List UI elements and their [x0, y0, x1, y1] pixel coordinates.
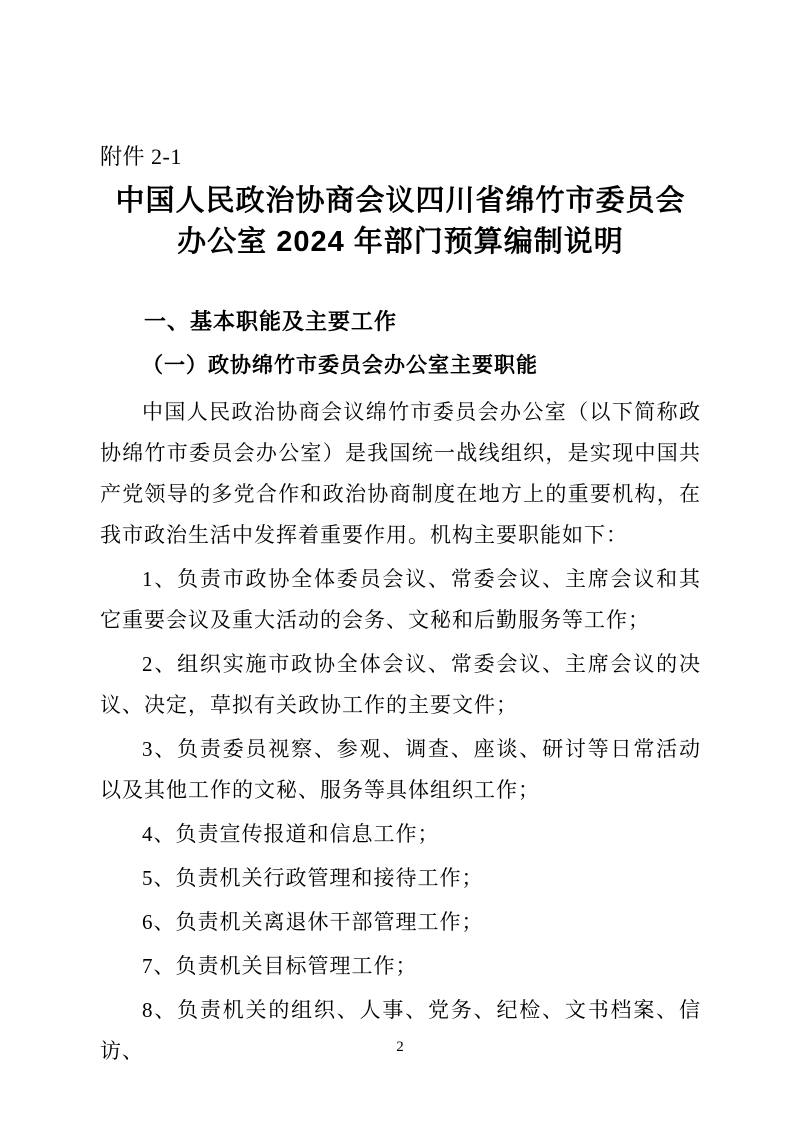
document-title: 中国人民政治协商会议四川省绵竹市委员会 办公室 2024 年部门预算编制说明 [100, 181, 701, 263]
duty-item-1: 1、负责市政协全体委员会议、常委会议、主席会议和其它重要会议及重大活动的会务、文… [100, 559, 701, 641]
document-title-line1: 中国人民政治协商会议四川省绵竹市委员会 [100, 181, 701, 222]
section-heading: 一、基本职能及主要工作 [100, 301, 701, 342]
duty-item-2: 2、组织实施市政协全体会议、常委会议、主席会议的决议、决定，草拟有关政协工作的主… [100, 644, 701, 726]
attachment-label: 附件 2-1 [100, 143, 701, 171]
duty-item-5: 5、负责机关行政管理和接待工作； [100, 858, 701, 899]
page-number: 2 [100, 1037, 700, 1057]
document-title-line2: 办公室 2024 年部门预算编制说明 [100, 222, 701, 263]
duty-item-7: 7、负责机关目标管理工作； [100, 946, 701, 987]
document-page: 附件 2-1 中国人民政治协商会议四川省绵竹市委员会 办公室 2024 年部门预… [0, 0, 793, 1122]
subsection-heading: （一）政协绵竹市委员会办公室主要职能 [100, 345, 701, 386]
duty-item-8: 8、负责机关的组织、人事、党务、纪检、文书档案、信访、 [100, 990, 701, 1072]
duty-item-3: 3、负责委员视察、参观、调查、座谈、研讨等日常活动以及其他工作的文秘、服务等具体… [100, 729, 701, 811]
duty-item-4: 4、负责宣传报道和信息工作； [100, 814, 701, 855]
duty-item-6: 6、负责机关离退休干部管理工作； [100, 902, 701, 943]
intro-paragraph: 中国人民政治协商会议绵竹市委员会办公室（以下简称政协绵竹市委员会办公室）是我国统… [100, 392, 701, 556]
document-content: 附件 2-1 中国人民政治协商会议四川省绵竹市委员会 办公室 2024 年部门预… [0, 0, 793, 1072]
